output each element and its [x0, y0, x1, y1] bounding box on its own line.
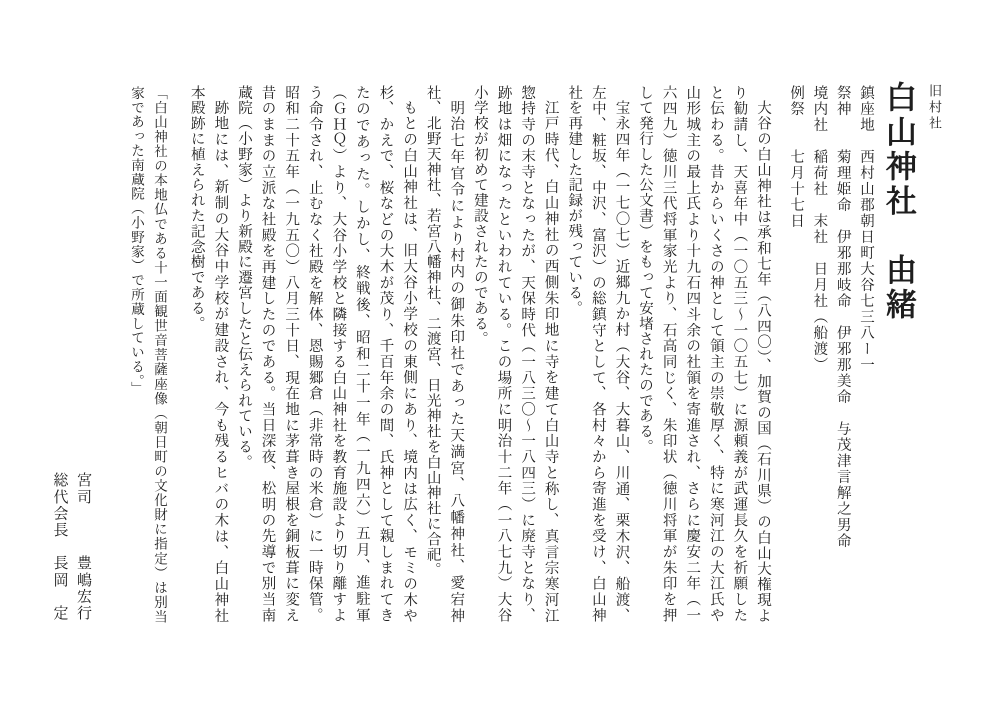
shrine-class-label: 旧村社: [924, 84, 943, 132]
note-text: 「白山神社の本地仏である十一面観世音菩薩座像（朝日町の文化財に指定）は別当家であ…: [124, 86, 170, 624]
document-page: 旧村社 白山神社 由緒 鎮座地 西村山郡朝日町大谷七三八ー一 祭神 菊理姫命 伊…: [0, 0, 1000, 707]
register-line-deities: 祭神 菊理姫命 伊邪那岐命 伊邪那美命 与茂津言解之男命: [830, 85, 853, 549]
body-paragraph-hoei: 宝永四年（一七〇七）近郷九か村（大谷、大暮山、川通、栗木沢、船渡、左中、粧坂、中…: [562, 85, 633, 623]
body-paragraph-meiji: 明治七年官令により村内の御朱印社であった天満宮、八幡神社、愛宕神社、北野天神社、…: [420, 85, 467, 623]
document-title: 白山神社 由緒: [876, 81, 921, 323]
register-line-festival: 例祭 七月十七日: [784, 85, 807, 549]
body-paragraph-memorial: 跡地には、新制の大谷中学校が建設され、今も残るヒバの木は、白山神社本殿跡に植えら…: [184, 85, 231, 623]
body-text: 大谷の白山神社は承和七年（八四〇）、加賀の国（石川県）の白山大権現より勧請し、天…: [184, 85, 774, 623]
signature-priest: 宮司 豊嶋宏行: [72, 472, 96, 621]
signature-chairman: 総代会長 長岡 定: [48, 472, 72, 621]
body-paragraph-showa: もとの白山神社は、旧大谷小学校の東側にあり、境内は広く、モミの木や杉、かえで、桜…: [231, 85, 420, 623]
signature-block: 宮司 豊嶋宏行 総代会長 長岡 定: [48, 472, 95, 621]
body-paragraph-origin: 大谷の白山神社は承和七年（八四〇）、加賀の国（石川県）の白山大権現より勧請し、天…: [632, 85, 774, 623]
body-paragraph-edo: 江戸時代、白山神社の西側朱印地に寺を建て白山寺と称し、真言宗寒河江惣持寺の末寺と…: [467, 85, 561, 623]
register-block: 鎮座地 西村山郡朝日町大谷七三八ー一 祭神 菊理姫命 伊邪那岐命 伊邪那美命 与…: [784, 85, 877, 549]
register-line-subshrines: 境内社 稲荷社 末社 日月社（船渡）: [807, 85, 830, 549]
register-line-location: 鎮座地 西村山郡朝日町大谷七三八ー一: [854, 85, 877, 549]
